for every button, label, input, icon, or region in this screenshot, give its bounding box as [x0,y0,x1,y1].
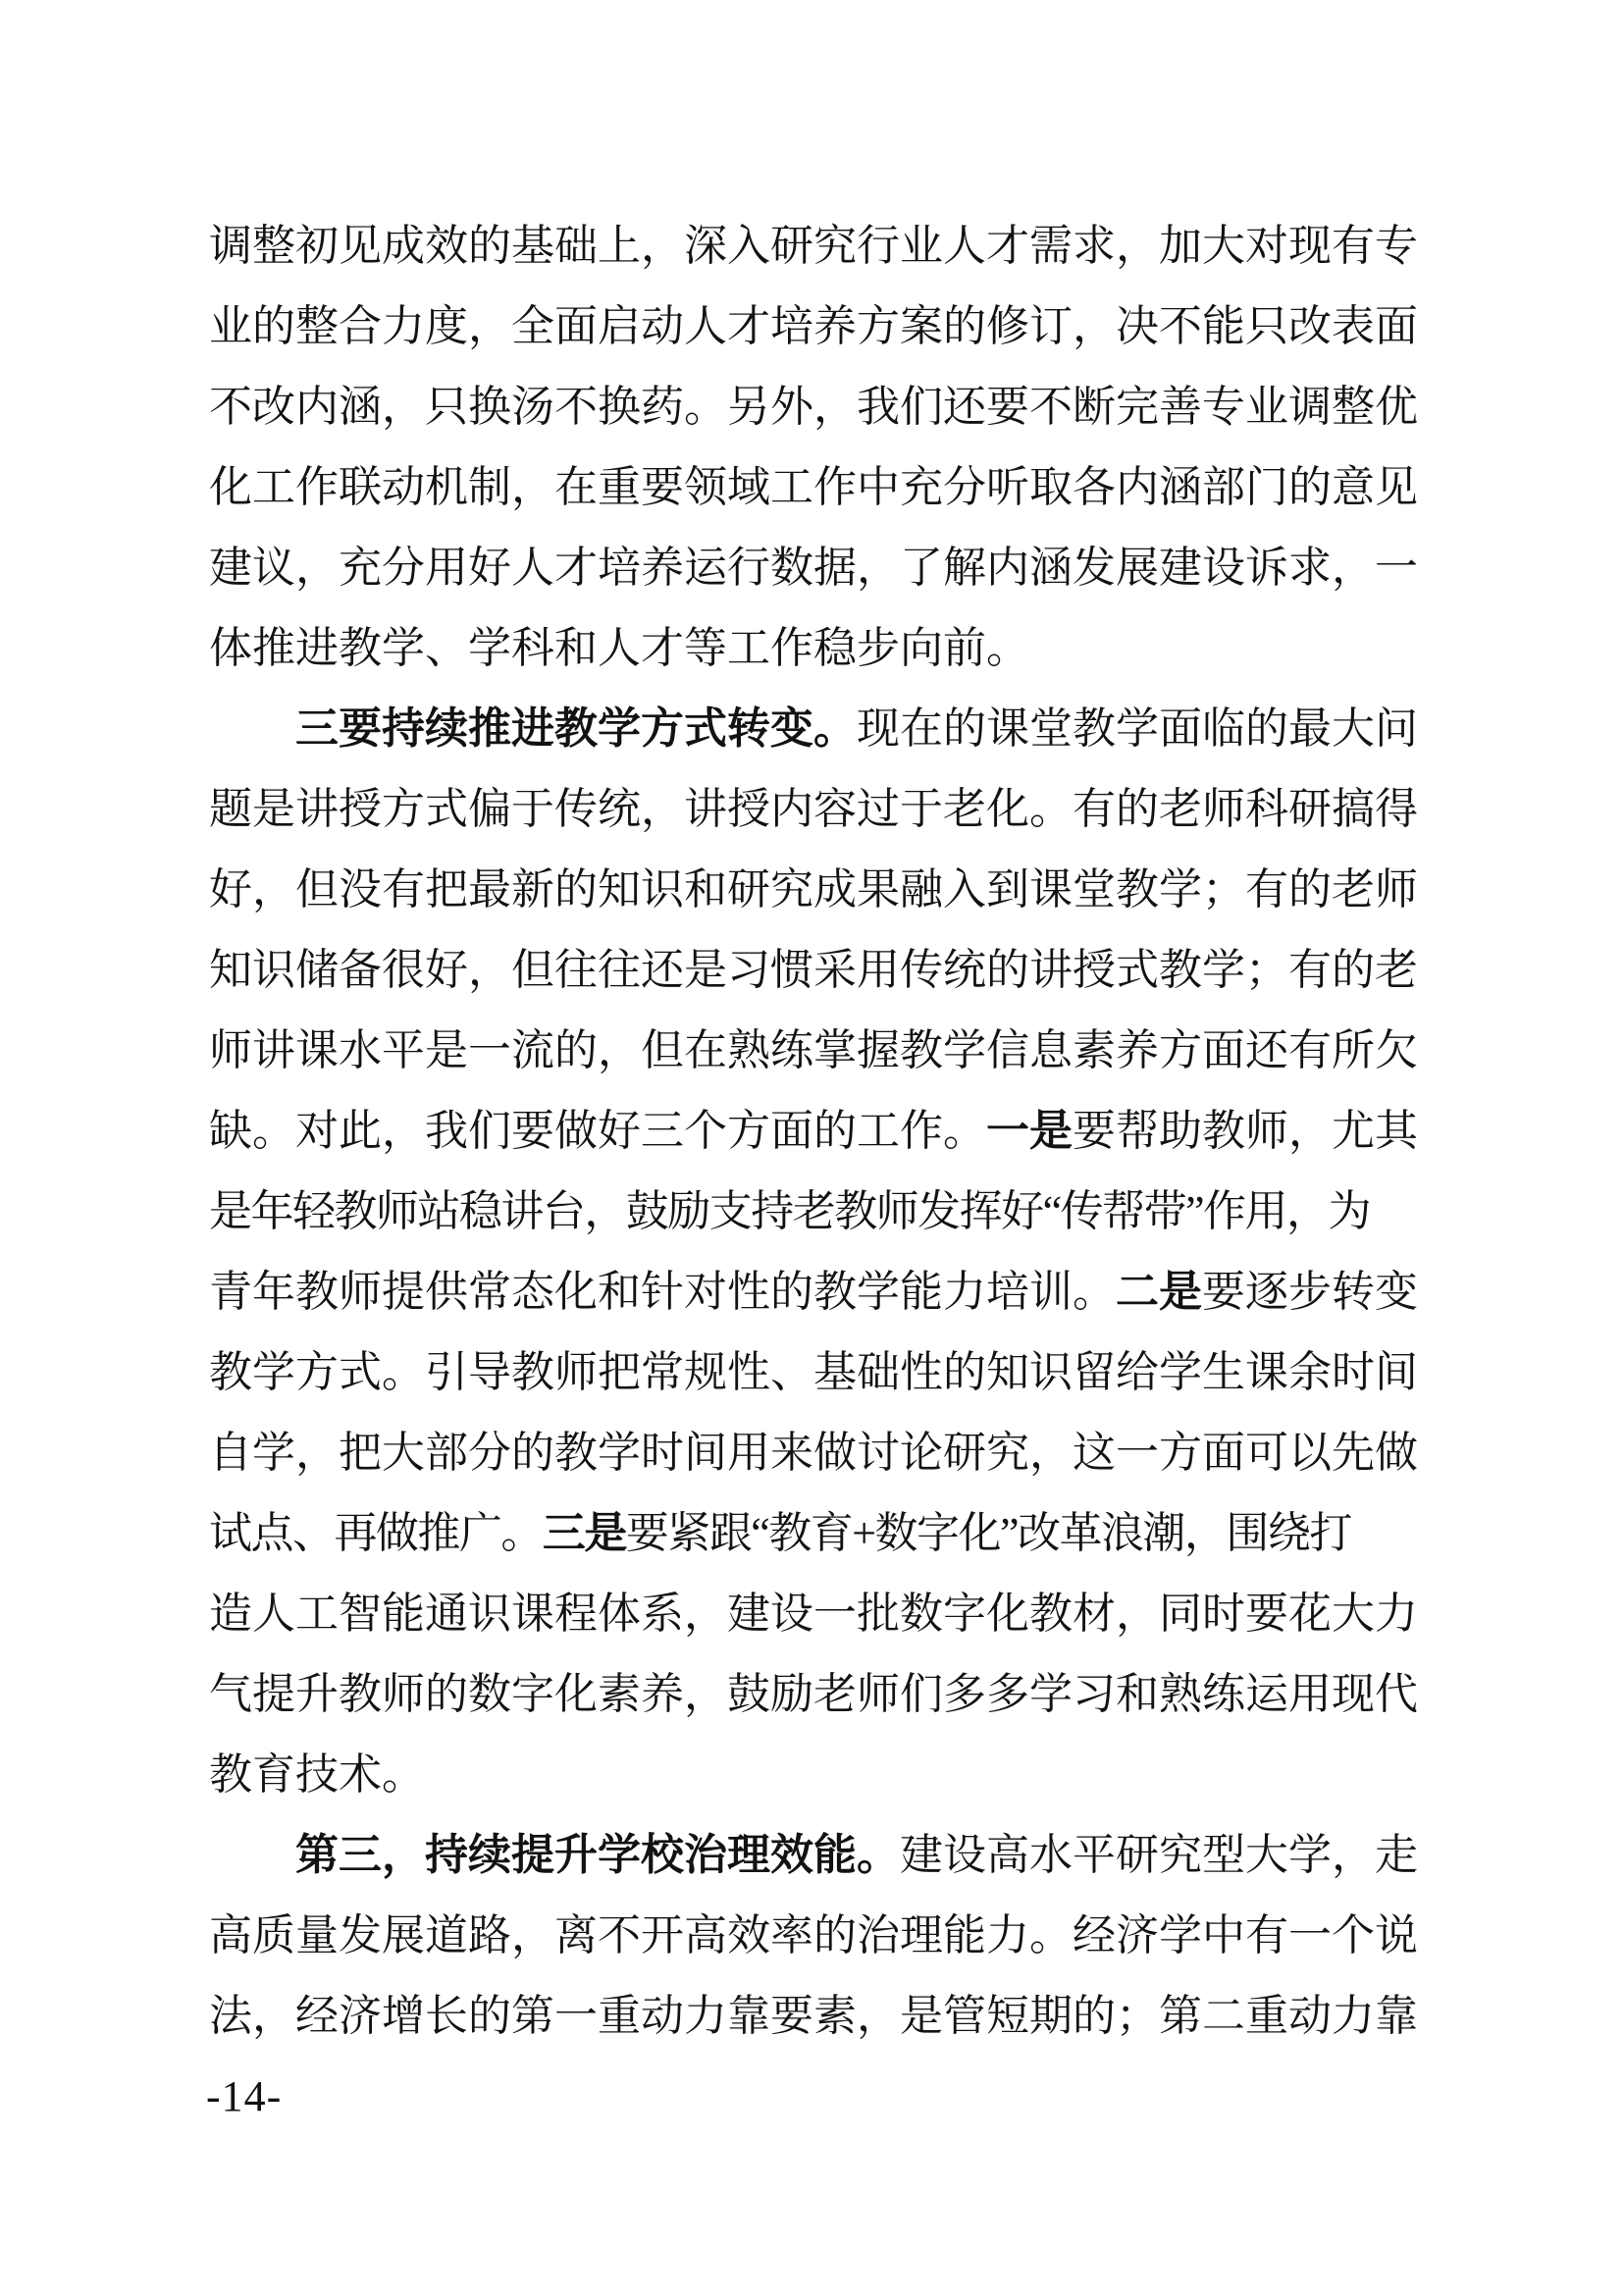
document-line: 好，但没有把最新的知识和研究成果融入到课堂教学；有的老师 [209,850,1418,930]
text-segment: 题是讲授方式偏于传统，讲授内容过于老化。有的老师科研搞得 [209,785,1418,833]
page-number: -14- [206,2057,282,2137]
text-segment: 要帮助教师，尤其 [1073,1107,1418,1155]
document-line: 三要持续推进教学方式转变。现在的课堂教学面临的最大问 [209,689,1418,769]
text-segment-bold: 一是 [986,1107,1073,1155]
text-segment: 试点、再做推广。 [209,1509,543,1557]
text-segment: 体推进教学、学科和人才等工作稳步向前。 [209,624,1029,672]
text-segment: 缺。对此，我们要做好三个方面的工作。 [209,1107,986,1155]
document-page: 调整初见成效的基础上，深入研究行业人才需求，加大对现有专业的整合力度，全面启动人… [0,0,1624,2296]
text-segment: 现在的课堂教学面临的最大问 [857,704,1418,753]
text-segment: 造人工智能通识课程体系，建设一批数字化教材，同时要花大力 [209,1590,1418,1638]
text-segment: 建议，充分用好人才培养运行数据，了解内涵发展建设诉求，一 [209,544,1418,592]
document-line: 不改内涵，只换汤不换药。另外，我们还要不断完善专业调整优 [209,367,1418,447]
text-segment-bold: 第三，持续提升学校治理效能。 [295,1831,900,1879]
document-line: 化工作联动机制，在重要领域工作中充分听取各内涵部门的意见 [209,447,1418,528]
document-line: 教育技术。 [209,1735,1418,1815]
document-line: 知识储备很好，但往往还是习惯采用传统的讲授式教学；有的老 [209,930,1418,1011]
text-segment: 知识储备很好，但往往还是习惯采用传统的讲授式教学；有的老 [209,946,1418,994]
text-segment: 好，但没有把最新的知识和研究成果融入到课堂教学；有的老师 [209,865,1418,913]
document-line: 青年教师提供常态化和针对性的教学能力培训。二是要逐步转变 [209,1252,1418,1332]
text-segment: 要逐步转变 [1202,1268,1418,1316]
document-line: 法，经济增长的第一重动力靠要素，是管短期的；第二重动力靠 [209,1976,1418,2057]
text-segment: 师讲课水平是一流的，但在熟练掌握教学信息素养方面还有所欠 [209,1026,1418,1074]
text-segment: 高质量发展道路，离不开高效率的治理能力。经济学中有一个说 [209,1911,1418,1959]
document-line: 体推进教学、学科和人才等工作稳步向前。 [209,608,1418,689]
text-segment: 法，经济增长的第一重动力靠要素，是管短期的；第二重动力靠 [209,1992,1418,2040]
document-line: 自学，把大部分的教学时间用来做讨论研究，这一方面可以先做 [209,1413,1418,1493]
text-segment: 建设高水平研究型大学，走 [900,1831,1418,1879]
text-segment-bold: 三要持续推进教学方式转变。 [295,704,857,753]
text-segment: 气提升教师的数字化素养，鼓励老师们多多学习和熟练运用现代 [209,1670,1418,1718]
text-segment: 青年教师提供常态化和针对性的教学能力培训。 [209,1268,1116,1316]
text-segment: 业的整合力度，全面启动人才培养方案的修订，决不能只改表面 [209,302,1418,350]
document-line: 建议，充分用好人才培养运行数据，了解内涵发展建设诉求，一 [209,528,1418,608]
document-line: 是年轻教师站稳讲台，鼓励支持老教师发挥好“传帮带”作用，为 [209,1172,1418,1252]
document-body: 调整初见成效的基础上，深入研究行业人才需求，加大对现有专业的整合力度，全面启动人… [209,206,1418,2057]
text-segment-bold: 二是 [1116,1268,1202,1316]
document-line: 第三，持续提升学校治理效能。建设高水平研究型大学，走 [209,1815,1418,1896]
text-segment: 教学方式。引导教师把常规性、基础性的知识留给学生课余时间 [209,1348,1418,1396]
document-line: 试点、再做推广。三是要紧跟“教育+数字化”改革浪潮，围绕打 [209,1493,1418,1574]
text-segment: 不改内涵，只换汤不换药。另外，我们还要不断完善专业调整优 [209,383,1418,431]
document-line: 题是讲授方式偏于传统，讲授内容过于老化。有的老师科研搞得 [209,769,1418,850]
document-line: 高质量发展道路，离不开高效率的治理能力。经济学中有一个说 [209,1896,1418,1976]
document-line: 教学方式。引导教师把常规性、基础性的知识留给学生课余时间 [209,1332,1418,1413]
document-line: 业的整合力度，全面启动人才培养方案的修订，决不能只改表面 [209,287,1418,367]
text-segment-bold: 三是 [543,1509,626,1557]
document-line: 造人工智能通识课程体系，建设一批数字化教材，同时要花大力 [209,1574,1418,1654]
text-segment: 要紧跟“教育+数字化”改革浪潮，围绕打 [626,1509,1351,1557]
text-segment: 教育技术。 [209,1750,425,1799]
text-segment: 调整初见成效的基础上，深入研究行业人才需求，加大对现有专 [209,222,1418,270]
text-segment: 化工作联动机制，在重要领域工作中充分听取各内涵部门的意见 [209,463,1418,511]
document-line: 师讲课水平是一流的，但在熟练掌握教学信息素养方面还有所欠 [209,1011,1418,1091]
document-line: 调整初见成效的基础上，深入研究行业人才需求，加大对现有专 [209,206,1418,287]
document-line: 缺。对此，我们要做好三个方面的工作。一是要帮助教师，尤其 [209,1091,1418,1172]
text-segment: 是年轻教师站稳讲台，鼓励支持老教师发挥好“传帮带”作用，为 [209,1187,1370,1235]
text-segment: 自学，把大部分的教学时间用来做讨论研究，这一方面可以先做 [209,1429,1418,1477]
document-line: 气提升教师的数字化素养，鼓励老师们多多学习和熟练运用现代 [209,1654,1418,1735]
